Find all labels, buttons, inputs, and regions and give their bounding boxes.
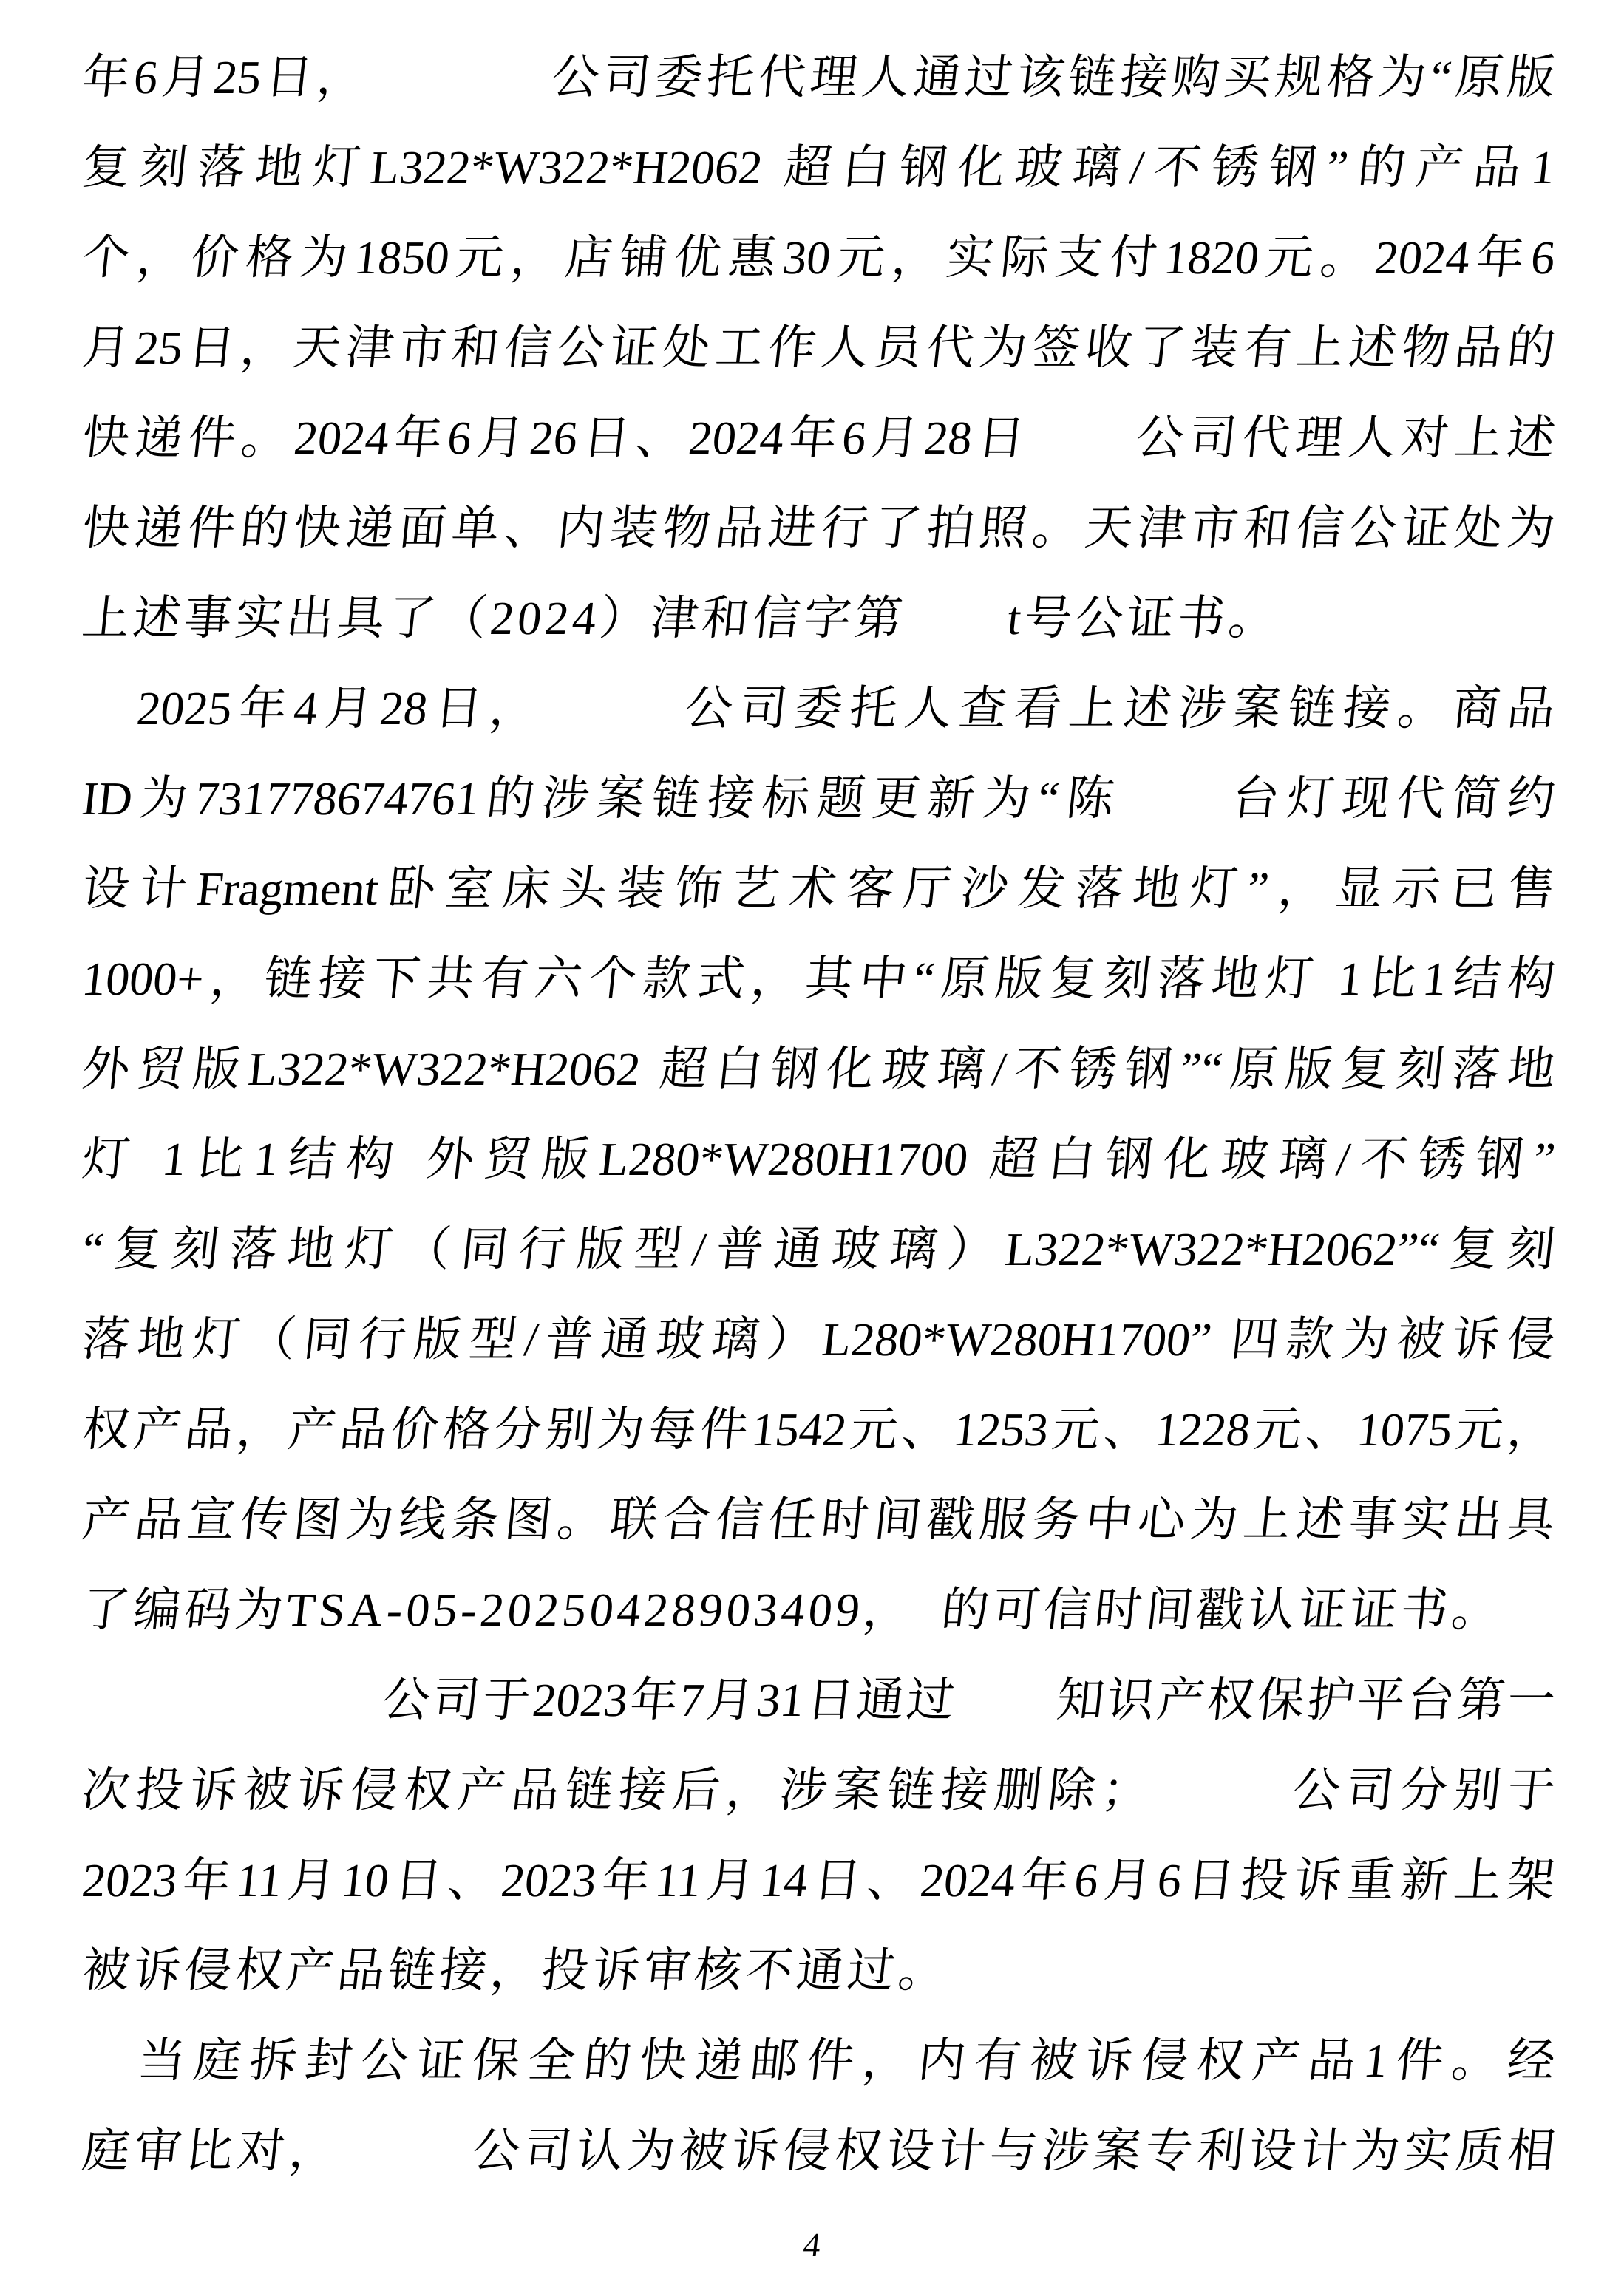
text-line: 2023年11月10日、2023年11月14日、2024年6月6日投诉重新上架	[78, 1836, 1560, 1926]
text-line: 公司于2023年7月31日通过 知识产权保护平台第一	[78, 1655, 1560, 1745]
text-line: 月25日，天津市和信公证处工作人员代为签收了装有上述物品的	[78, 303, 1560, 393]
text-line: 1000+，链接下共有六个款式，其中“原版复刻落地灯 1比1结构	[78, 934, 1560, 1024]
text-line: 落地灯（同行版型/普通玻璃）L280*W280H1700” 四款为被诉侵	[78, 1295, 1560, 1385]
text-line: 产品宣传图为线条图。联合信任时间戳服务中心为上述事实出具	[78, 1475, 1560, 1565]
text-line: 快递件。2024年6月26日、2024年6月28日 公司代理人对上述	[78, 393, 1560, 483]
text-line: 上述事实出具了（2024）津和信字第 t号公证书。	[78, 573, 1560, 664]
text-line: 快递件的快递面单、内装物品进行了拍照。天津市和信公证处为	[78, 483, 1560, 573]
document-body: 年6月25日， 公司委托代理人通过该链接购买规格为“原版 复刻落地灯L322*W…	[78, 33, 1550, 2196]
page-number: 4	[801, 2223, 823, 2267]
text-line: 年6月25日， 公司委托代理人通过该链接购买规格为“原版	[78, 33, 1560, 123]
text-line: 个，价格为1850元，店铺优惠30元，实际支付1820元。2024年6	[78, 213, 1560, 303]
text-line: 复刻落地灯L322*W322*H2062 超白钢化玻璃/不锈钢”的产品1	[78, 123, 1560, 213]
text-line: 外贸版L322*W322*H2062 超白钢化玻璃/不锈钢”“原版复刻落地	[78, 1024, 1560, 1114]
text-line: 次投诉被诉侵权产品链接后，涉案链接删除； 公司分别于	[78, 1745, 1560, 1836]
text-line: 2025年4月28日， 公司委托人查看上述涉案链接。商品	[78, 664, 1560, 754]
text-line: “复刻落地灯（同行版型/普通玻璃）L322*W322*H2062”“复刻	[78, 1205, 1560, 1295]
text-line: 权产品，产品价格分别为每件1542元、1253元、1228元、1075元，	[78, 1385, 1560, 1475]
text-line: 了编码为TSA-05-20250428903409， 的可信时间戳认证证书。	[78, 1565, 1560, 1655]
text-line: 当庭拆封公证保全的快递邮件，内有被诉侵权产品1件。经	[78, 2016, 1560, 2106]
text-line: 被诉侵权产品链接，投诉审核不通过。	[78, 1926, 1560, 2016]
text-line: 设计Fragment卧室床头装饰艺术客厅沙发落地灯”，显示已售	[78, 844, 1560, 934]
text-line: 灯 1比1结构 外贸版L280*W280H1700 超白钢化玻璃/不锈钢”	[78, 1114, 1560, 1205]
text-line: 庭审比对， 公司认为被诉侵权设计与涉案专利设计为实质相	[78, 2106, 1560, 2196]
page-footer: 4	[0, 2223, 1624, 2267]
text-line: ID为731778674761的涉案链接标题更新为“陈 台灯现代简约	[78, 754, 1560, 844]
